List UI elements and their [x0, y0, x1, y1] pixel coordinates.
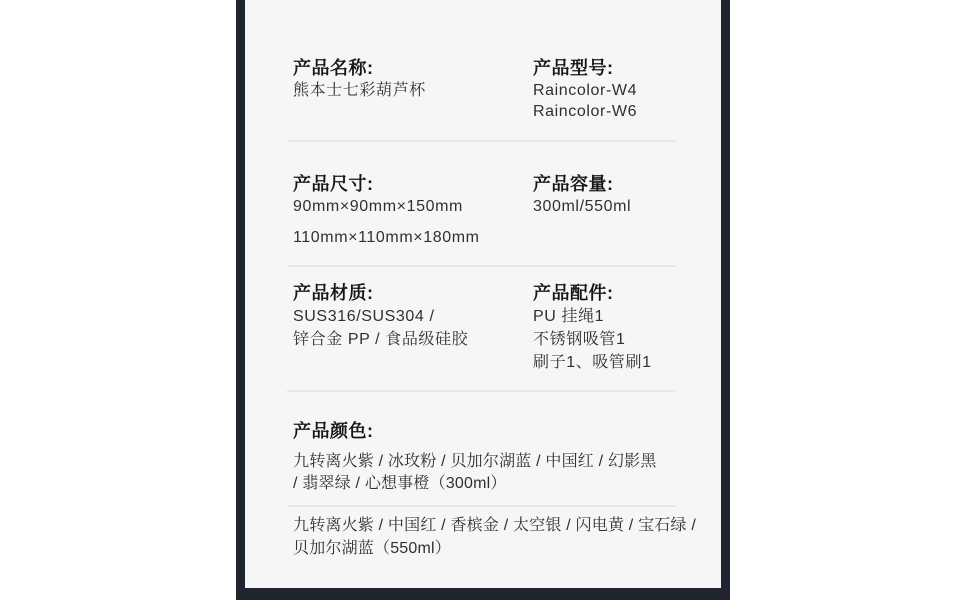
- section-name-model: 产品名称: 熊本士七彩葫芦杯 产品型号: Raincolor-W4 Rainco…: [245, 56, 721, 122]
- section-divider: [287, 140, 675, 142]
- product-model-value: Raincolor-W4: [533, 80, 693, 101]
- product-size-label: 产品尺寸:: [293, 172, 533, 196]
- product-capacity-value: 300ml/550ml: [533, 196, 693, 218]
- product-model-value: Raincolor-W6: [533, 101, 693, 122]
- product-spec-page: 产品名称: 熊本士七彩葫芦杯 产品型号: Raincolor-W4 Rainco…: [0, 0, 964, 600]
- product-material-value: 锌合金 PP / 食品级硅胶: [293, 328, 533, 351]
- spec-panel: 产品名称: 熊本士七彩葫芦杯 产品型号: Raincolor-W4 Rainco…: [245, 0, 721, 588]
- product-model-label: 产品型号:: [533, 56, 693, 80]
- product-capacity-block: 产品容量: 300ml/550ml: [533, 172, 693, 249]
- section-divider: [287, 390, 675, 392]
- product-name-value: 熊本士七彩葫芦杯: [293, 80, 533, 102]
- colors-550ml-line: 九转离火紫 / 中国红 / 香槟金 / 太空银 / 闪电黄 / 宝石绿 /: [293, 514, 693, 537]
- product-accessory-value: 不锈钢吸管1: [533, 328, 693, 351]
- product-model-block: 产品型号: Raincolor-W4 Raincolor-W6: [533, 56, 693, 122]
- product-size-value: 90mm×90mm×150mm: [293, 196, 533, 218]
- product-accessories-label: 产品配件:: [533, 281, 693, 305]
- product-colors-label: 产品颜色:: [293, 419, 693, 443]
- product-material-block: 产品材质: SUS316/SUS304 / 锌合金 PP / 食品级硅胶: [293, 281, 533, 374]
- colors-550ml-line: 贝加尔湖蓝（550ml）: [293, 537, 693, 560]
- section-divider: [287, 505, 675, 507]
- product-accessories-block: 产品配件: PU 挂绳1 不锈钢吸管1 刷子1、吸管刷1: [533, 281, 693, 374]
- product-name-block: 产品名称: 熊本士七彩葫芦杯: [293, 56, 533, 122]
- product-size-block: 产品尺寸: 90mm×90mm×150mm 110mm×110mm×180mm: [293, 172, 533, 249]
- section-divider: [287, 265, 675, 267]
- section-colors: 产品颜色: 九转离火紫 / 冰玫粉 / 贝加尔湖蓝 / 中国红 / 幻影黑 / …: [245, 419, 721, 495]
- section-material-accessories: 产品材质: SUS316/SUS304 / 锌合金 PP / 食品级硅胶 产品配…: [245, 281, 721, 374]
- section-size-capacity: 产品尺寸: 90mm×90mm×150mm 110mm×110mm×180mm …: [245, 172, 721, 249]
- colors-300ml-paragraph: 九转离火紫 / 冰玫粉 / 贝加尔湖蓝 / 中国红 / 幻影黑 / 翡翠绿 / …: [293, 451, 693, 495]
- colors-300ml-line: / 翡翠绿 / 心想事橙（300ml）: [293, 473, 693, 495]
- product-size-value: 110mm×110mm×180mm: [293, 227, 533, 249]
- product-name-label: 产品名称:: [293, 56, 533, 80]
- product-accessory-value: 刷子1、吸管刷1: [533, 351, 693, 374]
- product-material-value: SUS316/SUS304 /: [293, 305, 533, 328]
- product-capacity-label: 产品容量:: [533, 172, 693, 196]
- product-accessory-value: PU 挂绳1: [533, 305, 693, 328]
- colors-550ml-paragraph: 九转离火紫 / 中国红 / 香槟金 / 太空银 / 闪电黄 / 宝石绿 / 贝加…: [245, 514, 721, 560]
- dark-frame-border: 产品名称: 熊本士七彩葫芦杯 产品型号: Raincolor-W4 Rainco…: [236, 0, 730, 600]
- colors-300ml-line: 九转离火紫 / 冰玫粉 / 贝加尔湖蓝 / 中国红 / 幻影黑: [293, 451, 693, 473]
- product-material-label: 产品材质:: [293, 281, 533, 305]
